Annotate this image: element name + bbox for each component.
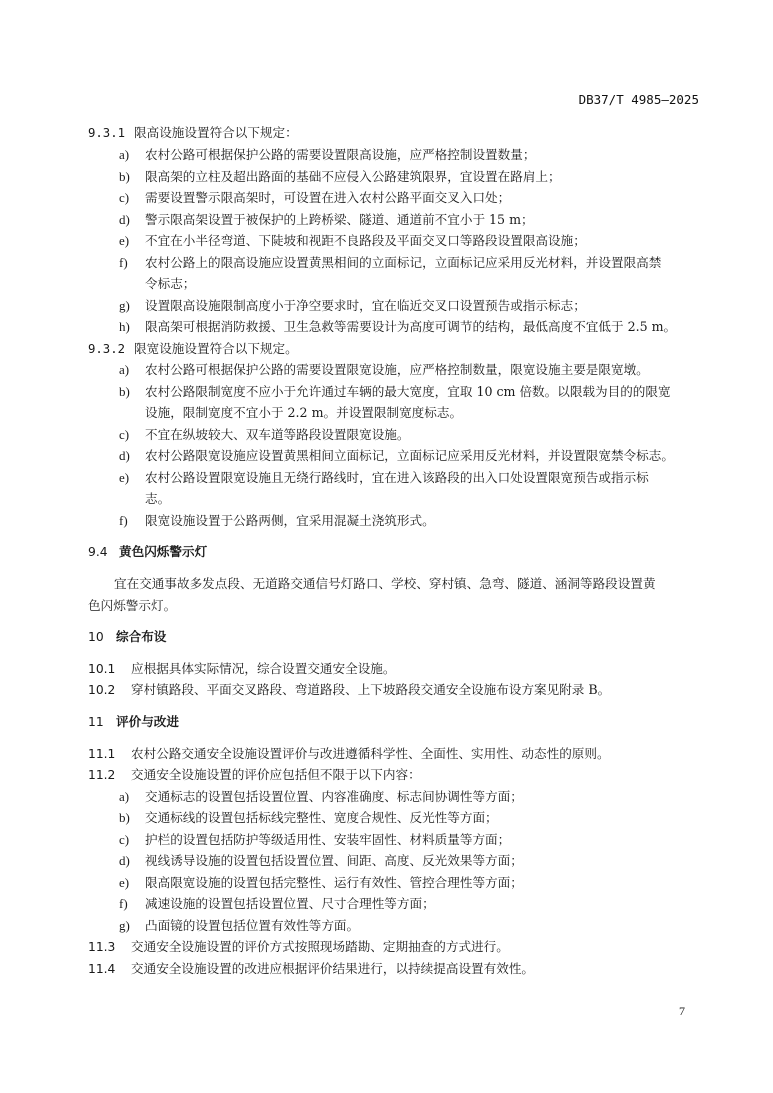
clause-number: 11.1	[88, 746, 131, 762]
document-code-header: DB37/T 4985—2025	[579, 92, 699, 107]
list-item: c)护栏的设置包括防护等级适用性、安装牢固性、材料质量等方面；	[119, 832, 510, 848]
clause-number: 9.3.2	[88, 341, 134, 357]
section-title: 评价与改进	[116, 714, 179, 729]
clause-11-1: 11.1农村公路交通安全设施设置评价与改进遵循科学性、全面性、实用性、动态性的原…	[88, 746, 610, 762]
clause-number: 10.2	[88, 682, 131, 698]
clause-10-1: 10.1应根据具体实际情况，综合设置交通安全设施。	[88, 661, 395, 677]
list-item-continuation: 令标志；	[145, 276, 195, 292]
list-item: d)农村公路限宽设施应设置黄黑相间立面标记，立面标记应采用反光材料，并设置限宽禁…	[119, 448, 674, 464]
list-item: e)农村公路设置限宽设施且无绕行路线时，宜在进入该路段的出入口处设置限宽预告或指…	[119, 470, 649, 486]
clause-9-3-2: 9.3.2限宽设施设置符合以下规定。	[88, 341, 298, 357]
list-item: a)农村公路可根据保护公路的需要设置限宽设施，应严格控制数量，限宽设施主要是限宽…	[119, 362, 649, 378]
section-heading-11: 11评价与改进	[88, 714, 179, 730]
list-item: d)警示限高架设置于被保护的上跨桥梁、隧道、通道前不宜小于 15 m；	[119, 212, 534, 228]
clause-title: 限高设施设置符合以下规定：	[134, 125, 298, 140]
clause-9-3-1: 9.3.1限高设施设置符合以下规定：	[88, 125, 298, 141]
list-item: f)减速设施的设置包括设置位置、尺寸合理性等方面；	[119, 896, 435, 912]
list-item: b)限高架的立柱及超出路面的基础不应侵入公路建筑限界，宜设置在路肩上；	[119, 169, 561, 185]
list-item-continuation: 志。	[145, 491, 170, 507]
document-page: DB37/T 4985—2025 9.3.1限高设施设置符合以下规定： a)农村…	[0, 0, 773, 1093]
section-number: 11	[88, 714, 116, 730]
paragraph-line: 色闪烁警示灯。	[88, 598, 176, 614]
section-heading-10: 10综合布设	[88, 629, 166, 645]
section-number: 10	[88, 629, 116, 645]
section-heading-9-4: 9.4黄色闪烁警示灯	[88, 544, 207, 560]
section-title: 综合布设	[116, 629, 166, 644]
section-title: 黄色闪烁警示灯	[119, 544, 207, 559]
list-item: e)限高限宽设施的设置包括完整性、运行有效性、管控合理性等方面；	[119, 875, 523, 891]
list-item: a)交通标志的设置包括设置位置、内容准确度、标志间协调性等方面；	[119, 789, 523, 805]
clause-10-2: 10.2穿村镇路段、平面交叉路段、弯道路段、上下坡路段交通安全设施布设方案见附录…	[88, 682, 610, 698]
list-item: e)不宜在小半径弯道、下陡坡和视距不良路段及平面交叉口等路段设置限高设施；	[119, 233, 586, 249]
clause-11-4: 11.4交通安全设施设置的改进应根据评价结果进行，以持续提高设置有效性。	[88, 961, 534, 977]
list-item: c)需要设置警示限高架时，可设置在进入农村公路平面交叉入口处；	[119, 190, 510, 206]
list-item: f)农村公路上的限高设施应设置黄黑相间的立面标记，立面标记应采用反光材料，并设置…	[119, 255, 661, 271]
list-item: f)限宽设施设置于公路两侧，宜采用混凝土浇筑形式。	[119, 513, 435, 529]
list-item: h)限高架可根据消防救援、卫生急救等需要设计为高度可调节的结构，最低高度不宜低于…	[119, 319, 676, 335]
list-item: a)农村公路可根据保护公路的需要设置限高设施，应严格控制设置数量；	[119, 147, 535, 163]
clause-11-2: 11.2交通安全设施设置的评价应包括但不限于以下内容：	[88, 767, 421, 783]
section-number: 9.4	[88, 544, 119, 560]
list-item: g)凸面镜的设置包括位置有效性等方面。	[119, 918, 359, 934]
list-item: g)设置限高设施限制高度小于净空要求时，宜在临近交叉口设置预告或指示标志；	[119, 298, 586, 314]
clause-number: 11.3	[88, 939, 131, 955]
clause-title: 限宽设施设置符合以下规定。	[134, 341, 298, 356]
list-item: b)农村公路限制宽度不应小于允许通过车辆的最大宽度，宜取 10 cm 倍数。以限…	[119, 384, 671, 400]
clause-11-3: 11.3交通安全设施设置的评价方式按照现场踏勘、定期抽查的方式进行。	[88, 939, 509, 955]
clause-number: 9.3.1	[88, 125, 134, 141]
list-item: c)不宜在纵坡较大、双车道等路段设置限宽设施。	[119, 427, 409, 443]
clause-number: 11.4	[88, 961, 131, 977]
page-number: 7	[679, 1004, 685, 1019]
list-item: b)交通标线的设置包括标线完整性、宽度合规性、反光性等方面；	[119, 810, 498, 826]
paragraph-line: 宜在交通事故多发点段、无道路交通信号灯路口、学校、穿村镇、急弯、隧道、涵洞等路段…	[114, 576, 656, 592]
list-item-continuation: 设施，限制宽度不宜小于 2.2 m。并设置限制宽度标志。	[145, 405, 462, 421]
clause-number: 10.1	[88, 661, 131, 677]
list-item: d)视线诱导设施的设置包括设置位置、间距、高度、反光效果等方面；	[119, 853, 523, 869]
clause-number: 11.2	[88, 767, 131, 783]
